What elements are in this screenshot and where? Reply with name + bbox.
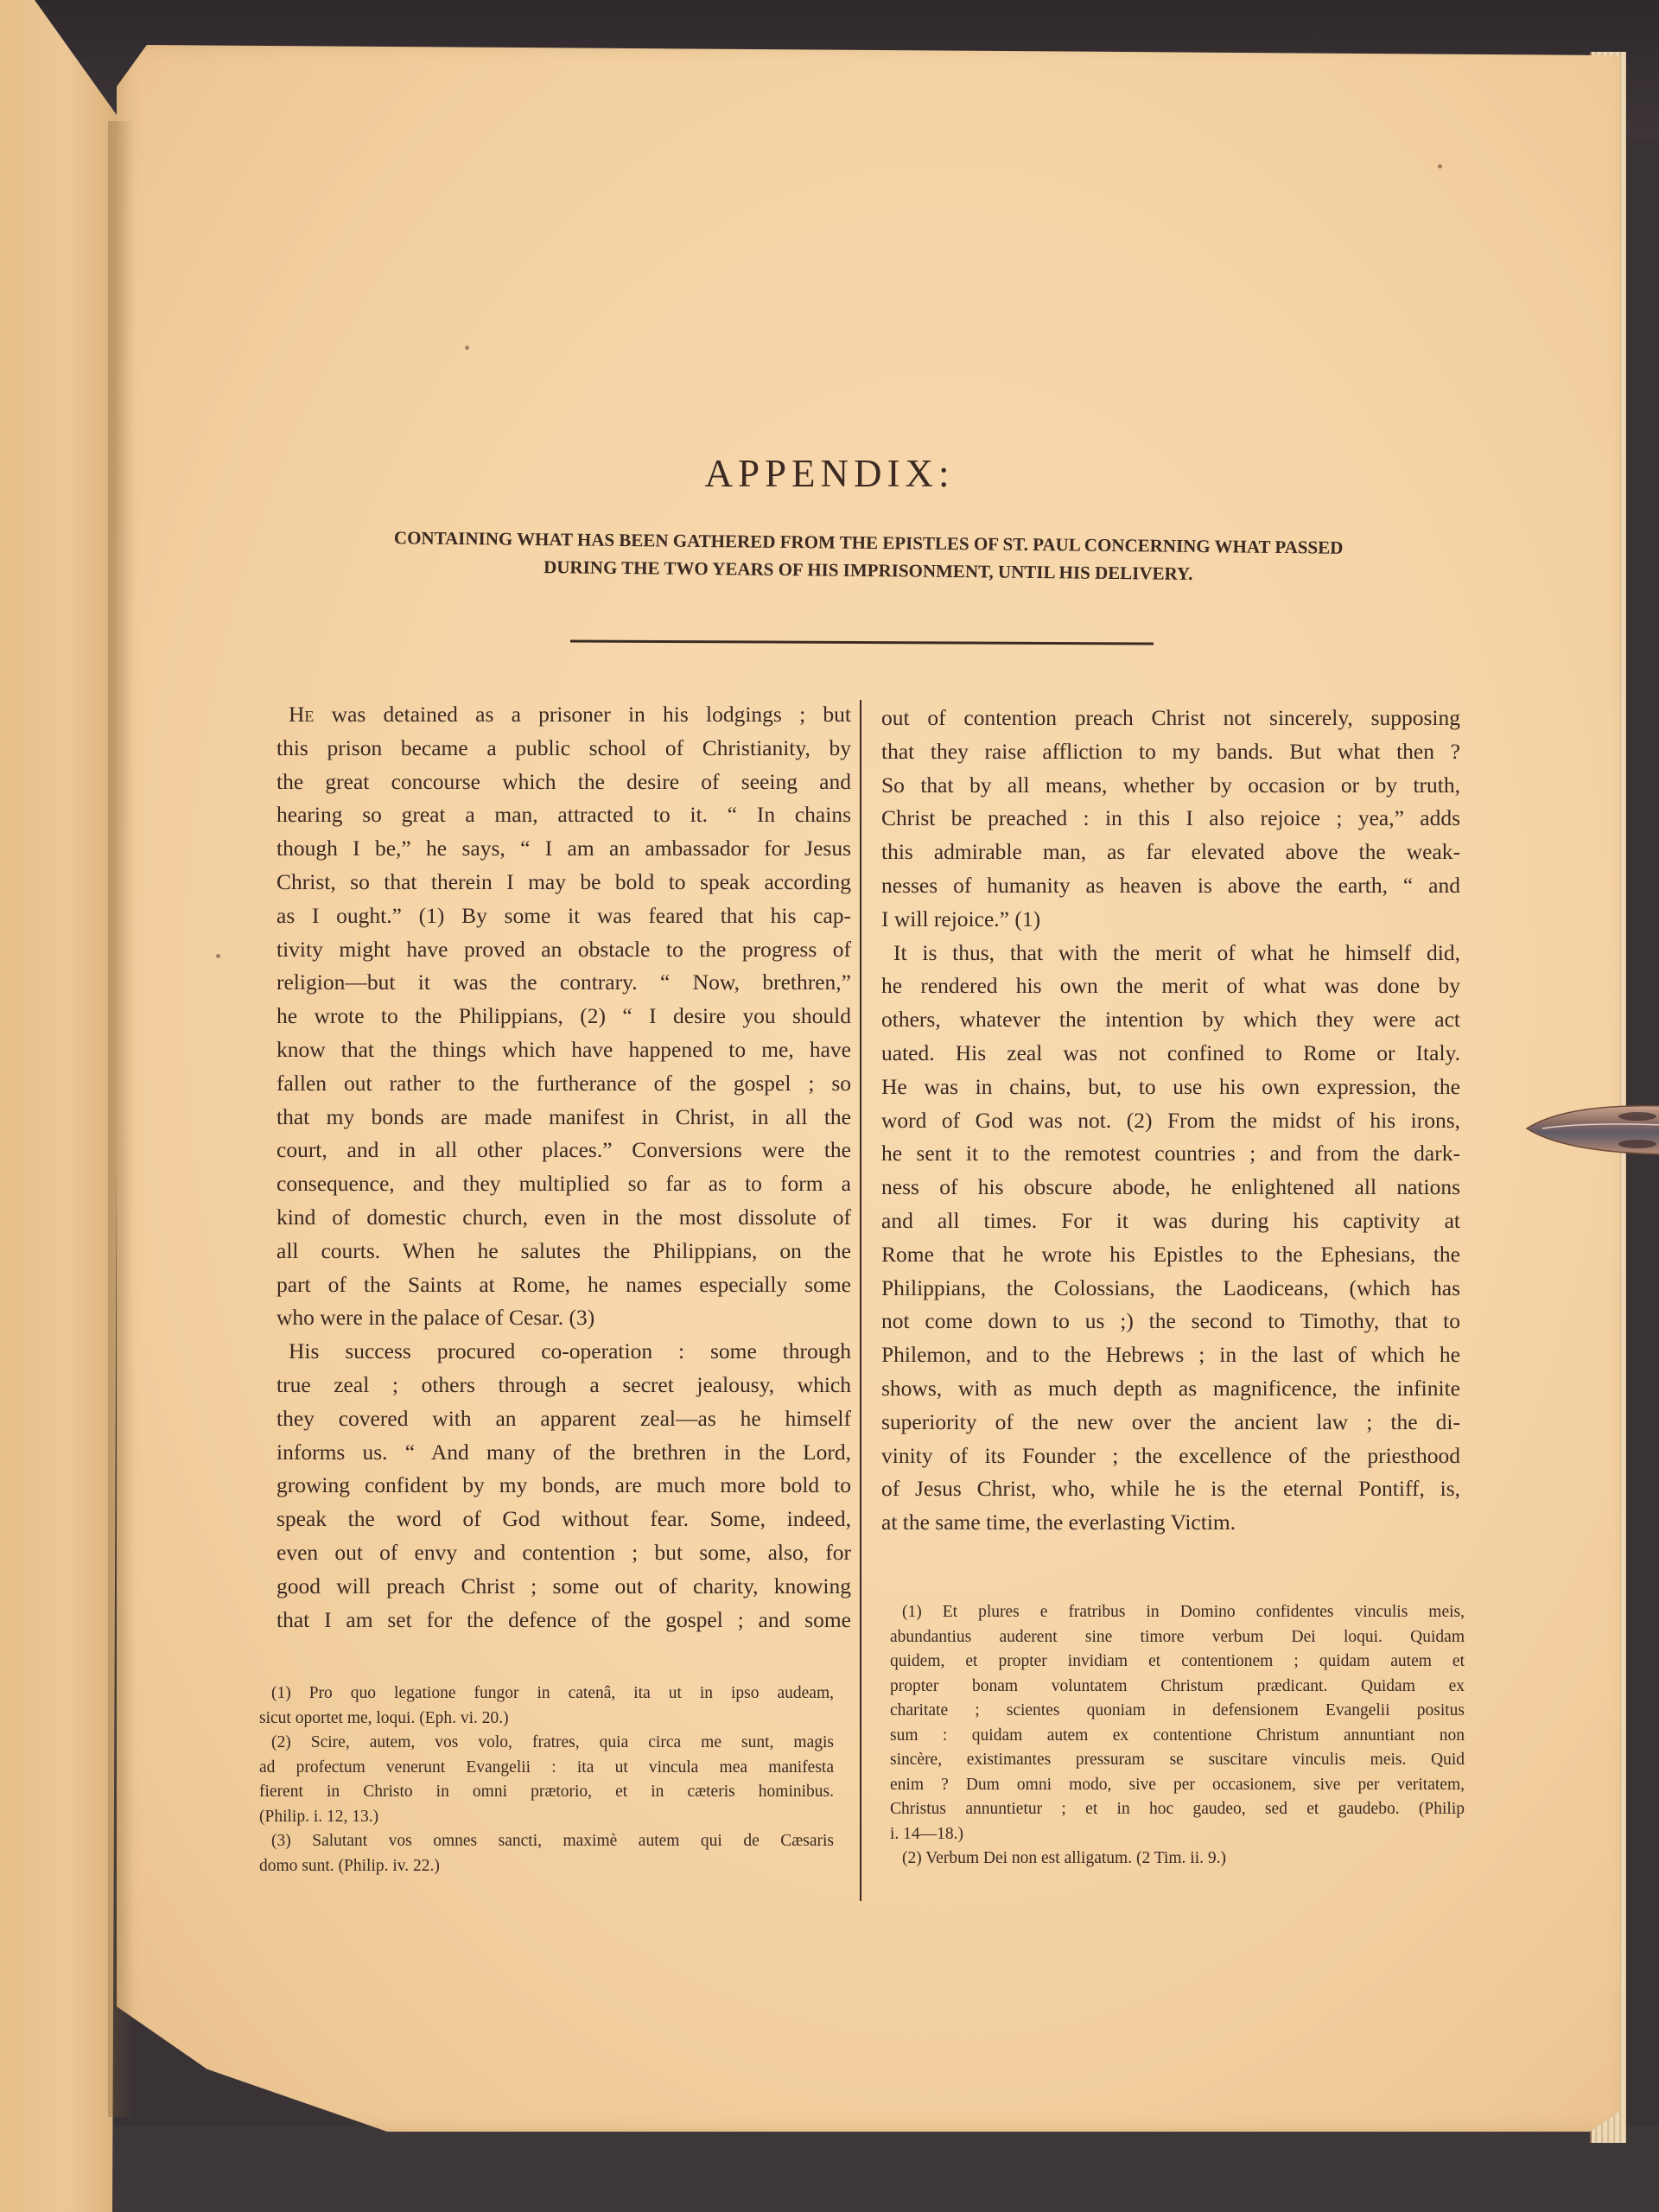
text-line: He was detained as a prisoner in his lod… bbox=[276, 698, 851, 732]
footnote-line: ad profectum venerunt Evangelii : ita ut… bbox=[259, 1756, 834, 1781]
text-line: uated. His zeal was not confined to Rome… bbox=[881, 1037, 1460, 1071]
text-line: vinity of its Founder ; the excellence o… bbox=[881, 1440, 1460, 1473]
footnote-line: abundantius auderent sine timore verbum … bbox=[890, 1625, 1465, 1650]
footnote-line: Christus annuntietur ; et in hoc gaudeo,… bbox=[890, 1797, 1465, 1822]
gutter-shadow bbox=[108, 121, 134, 2117]
left-text-column: He was detained as a prisoner in his lod… bbox=[276, 698, 851, 1637]
text-line: others, whatever the intention by which … bbox=[881, 1003, 1460, 1037]
footnote-line: sum : quidam autem ex contentione Christ… bbox=[890, 1724, 1465, 1749]
text-line: at the same time, the everlasting Victim… bbox=[881, 1506, 1460, 1540]
text-line: of Jesus Christ, who, while he is the et… bbox=[881, 1472, 1460, 1506]
text-line: the great concourse which the desire of … bbox=[276, 766, 851, 799]
right-text-column: out of contention preach Christ not sinc… bbox=[881, 702, 1460, 1540]
pen-tip-icon bbox=[1525, 1097, 1659, 1162]
paper-speck bbox=[1438, 164, 1442, 168]
footnote-line: (3) Salutant vos omnes sancti, maximè au… bbox=[259, 1829, 834, 1854]
footnote-line: (1) Et plures e fratribus in Domino conf… bbox=[890, 1600, 1465, 1625]
text-line: true zeal ; others through a secret jeal… bbox=[276, 1369, 851, 1402]
footnote-line: propter bonam voluntatem Christum prædic… bbox=[890, 1675, 1465, 1700]
text-line: and all times. For it was during his cap… bbox=[881, 1205, 1460, 1238]
text-line: word of God was not. (2) From the midst … bbox=[881, 1104, 1460, 1138]
text-line: religion—but it was the contrary. “ Now,… bbox=[276, 966, 851, 1000]
footnote-line: enim ? Dum omni modo, sive per occasione… bbox=[890, 1773, 1465, 1798]
footnote-line: fierent in Christo in omni prætorio, et … bbox=[259, 1780, 834, 1805]
text-line: ness of his obscure abode, he enlightene… bbox=[881, 1171, 1460, 1205]
text-line: superiority of the new over the ancient … bbox=[881, 1406, 1460, 1440]
text-line: not come down to us ;) the second to Tim… bbox=[881, 1305, 1460, 1338]
text-line: who were in the palace of Cesar. (3) bbox=[276, 1301, 851, 1335]
footnotes-left: (1) Pro quo legatione fungor in catenâ, … bbox=[259, 1681, 834, 1878]
text-line: all courts. When he salutes the Philippi… bbox=[276, 1235, 851, 1268]
text-line: even out of envy and contention ; but so… bbox=[276, 1536, 851, 1570]
footnote-line: quidem, et propter invidiam et contentio… bbox=[890, 1649, 1465, 1675]
text-line: Rome that he wrote his Epistles to the E… bbox=[881, 1238, 1460, 1272]
text-line: know that the things which have happened… bbox=[276, 1033, 851, 1067]
text-line: growing confident by my bonds, are much … bbox=[276, 1469, 851, 1503]
text-line: court, and in all other places.” Convers… bbox=[276, 1134, 851, 1167]
page-title: APPENDIX: bbox=[0, 451, 1659, 496]
text-line: hearing so great a man, attracted to it.… bbox=[276, 798, 851, 832]
footnote-line: (Philip. i. 12, 13.) bbox=[259, 1805, 834, 1830]
paper-speck bbox=[465, 346, 469, 350]
footnote-line: sincère, existimantes pressuram se susci… bbox=[890, 1748, 1465, 1773]
text-line: Christ be preached : in this I also rejo… bbox=[881, 802, 1460, 836]
text-line: speak the word of God without fear. Some… bbox=[276, 1503, 851, 1536]
footnote-line: (1) Pro quo legatione fungor in catenâ, … bbox=[259, 1681, 834, 1707]
text-line: fallen out rather to the furtherance of … bbox=[276, 1067, 851, 1101]
text-line: though I be,” he says, “ I am an ambassa… bbox=[276, 832, 851, 866]
text-line: His success procured co-operation : some… bbox=[276, 1335, 851, 1369]
text-line: they covered with an apparent zeal—as he… bbox=[276, 1402, 851, 1436]
text-line: kind of domestic church, even in the mos… bbox=[276, 1201, 851, 1235]
footnote-line: i. 14—18.) bbox=[890, 1822, 1465, 1847]
text-line: So that by all means, whether by occasio… bbox=[881, 769, 1460, 803]
text-line: this admirable man, as far elevated abov… bbox=[881, 836, 1460, 869]
paper-speck bbox=[216, 954, 220, 958]
text-line: Philippians, the Colossians, the Laodice… bbox=[881, 1272, 1460, 1306]
text-line: It is thus, that with the merit of what … bbox=[881, 937, 1460, 970]
lead-smallcaps: He bbox=[289, 702, 314, 727]
text-line: informs us. “ And many of the brethren i… bbox=[276, 1436, 851, 1470]
text-line: he sent it to the remotest countries ; a… bbox=[881, 1137, 1460, 1171]
text-line: he wrote to the Philippians, (2) “ I des… bbox=[276, 1000, 851, 1033]
text-line: that they raise affliction to my bands. … bbox=[881, 735, 1460, 769]
text-line: nesses of humanity as heaven is above th… bbox=[881, 869, 1460, 903]
text-line: that I am set for the defence of the gos… bbox=[276, 1604, 851, 1637]
text-line: he rendered his own the merit of what wa… bbox=[881, 969, 1460, 1003]
text-line: consequence, and they multiplied so far … bbox=[276, 1167, 851, 1201]
text-line: tivity might have proved an obstacle to … bbox=[276, 933, 851, 967]
footnote-line: (2) Scire, autem, vos volo, fratres, qui… bbox=[259, 1731, 834, 1756]
text-line: this prison became a public school of Ch… bbox=[276, 732, 851, 766]
book-cover-backdrop-bottom bbox=[0, 2126, 1659, 2212]
text-line: as I ought.” (1) By some it was feared t… bbox=[276, 899, 851, 933]
footnotes-right: (1) Et plures e fratribus in Domino conf… bbox=[890, 1600, 1465, 1872]
facing-left-page-edge bbox=[0, 0, 121, 2212]
text-line: Christ, so that therein I may be bold to… bbox=[276, 866, 851, 899]
text-line: part of the Saints at Rome, he names esp… bbox=[276, 1268, 851, 1302]
column-divider bbox=[860, 700, 861, 1901]
footnote-line: domo sunt. (Philip. iv. 22.) bbox=[259, 1854, 834, 1879]
footnote-line: sicut oportet me, loqui. (Eph. vi. 20.) bbox=[259, 1707, 834, 1732]
text-line: good will preach Christ ; some out of ch… bbox=[276, 1570, 851, 1604]
text-line: that my bonds are made manifest in Chris… bbox=[276, 1101, 851, 1135]
text-line: He was in chains, but, to use his own ex… bbox=[881, 1071, 1460, 1104]
footnote-line: (2) Verbum Dei non est alligatum. (2 Tim… bbox=[890, 1847, 1465, 1872]
footnote-line: charitate ; scientes quoniam in defensio… bbox=[890, 1699, 1465, 1724]
text-line: Philemon, and to the Hebrews ; in the la… bbox=[881, 1338, 1460, 1372]
text-line: out of contention preach Christ not sinc… bbox=[881, 702, 1460, 735]
text-line: shows, with as much depth as magnificenc… bbox=[881, 1372, 1460, 1406]
text-line: I will rejoice.” (1) bbox=[881, 903, 1460, 937]
